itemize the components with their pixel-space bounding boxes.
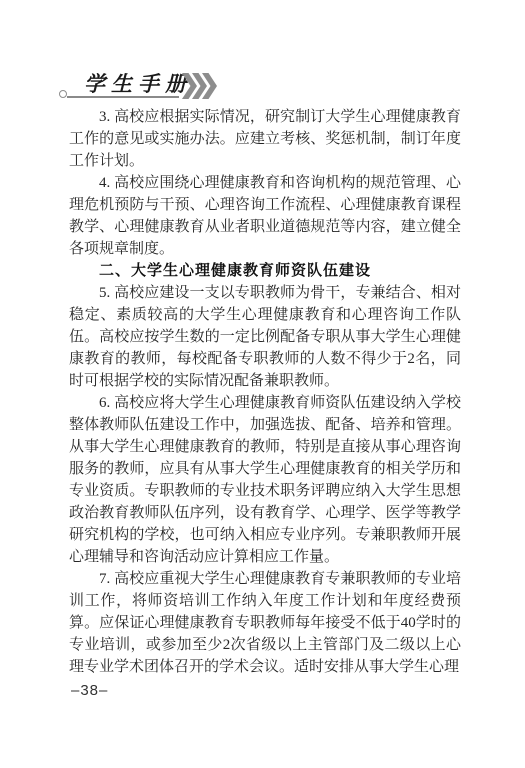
- paragraph-item-3: 3. 高校应根据实际情况，研究制订大学生心理健康教育工作的意见或实施办法。应建立…: [69, 106, 461, 172]
- book-page: 学生手册 3. 高校应根据实际情况，研究制订大学生心理健康教育工作的意见或实施办…: [0, 0, 525, 768]
- header-circle-icon: [59, 90, 67, 98]
- paragraph-item-4: 4. 高校应围绕心理健康教育和咨询机构的规范管理、心理危机预防与干预、心理咨询工…: [69, 172, 461, 260]
- section-heading: 二、大学生心理健康教育师资队伍建设: [69, 260, 461, 282]
- paragraph-item-5: 5. 高校应建设一支以专职教师为骨干，专兼结合、相对稳定、素质较高的大学生心理健…: [69, 282, 461, 392]
- paragraph-item-6: 6. 高校应将大学生心理健康教育师资队伍建设纳入学校整体教师队伍建设工作中，加强…: [69, 392, 461, 568]
- book-title: 学生手册: [84, 71, 192, 97]
- page-content: 3. 高校应根据实际情况，研究制订大学生心理健康教育工作的意见或实施办法。应建立…: [69, 106, 461, 678]
- chevrons-right-icon: [182, 73, 218, 99]
- page-number: –38–: [71, 682, 108, 699]
- paragraph-item-7: 7. 高校应重视大学生心理健康教育专兼职教师的专业培训工作，将师资培训工作纳入年…: [69, 568, 461, 678]
